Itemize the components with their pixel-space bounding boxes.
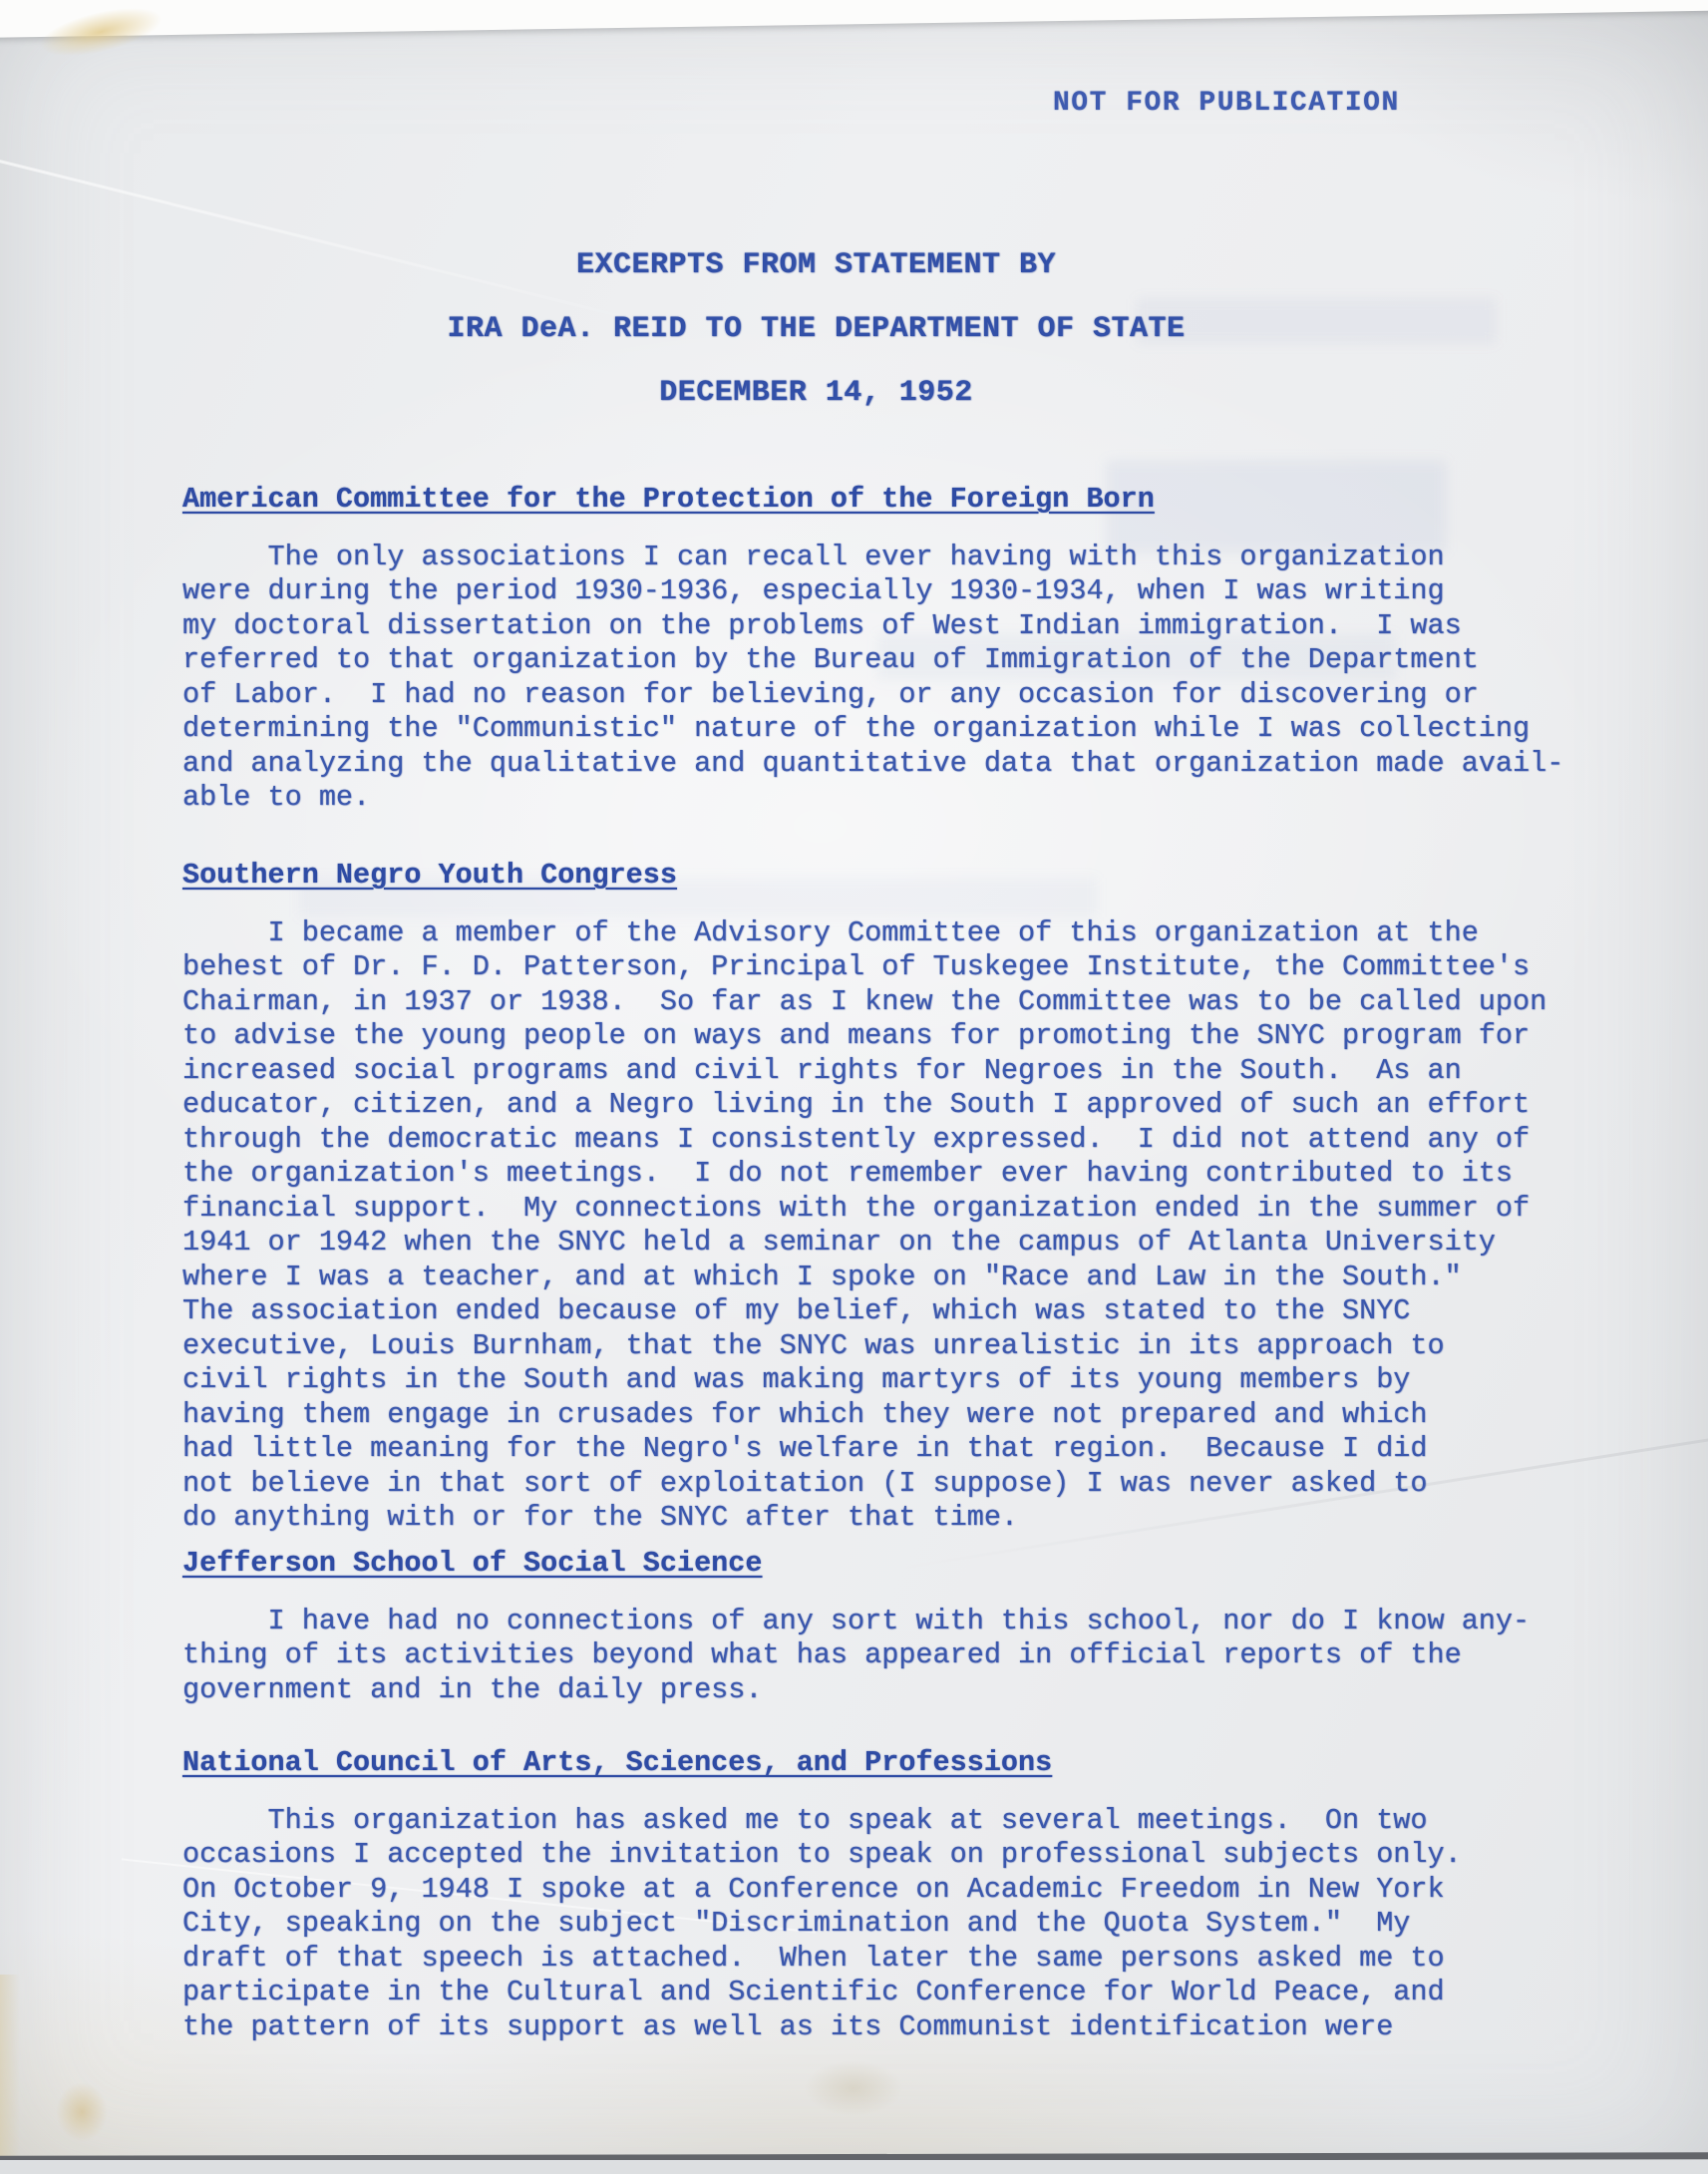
title-line: EXCERPTS FROM STATEMENT BY [0, 233, 1670, 297]
document-title: EXCERPTS FROM STATEMENT BY IRA DeA. REID… [0, 233, 1670, 425]
body-line: civil rights in the South and was making… [182, 1363, 1598, 1398]
body-line: do anything with or for the SNYC after t… [182, 1501, 1598, 1536]
body-line: and analyzing the qualitative and quanti… [182, 747, 1598, 782]
body-line: having them engage in crusades for which… [182, 1398, 1598, 1433]
stain [56, 2082, 108, 2142]
body-line: 1941 or 1942 when the SNYC held a semina… [182, 1226, 1598, 1261]
body-line: my doctoral dissertation on the problems… [182, 609, 1598, 644]
scan-background [0, 2160, 1708, 2174]
body-line: behest of Dr. F. D. Patterson, Principal… [182, 950, 1598, 985]
section: National Council of Arts, Sciences, and … [182, 1746, 1598, 2044]
body-line: referred to that organization by the Bur… [182, 643, 1598, 678]
body-line: I have had no connections of any sort wi… [182, 1605, 1598, 1639]
scan-top-edge [0, 0, 1708, 38]
body-line: City, speaking on the subject "Discrimin… [182, 1907, 1598, 1942]
body-line: participate in the Cultural and Scientif… [182, 1976, 1598, 2010]
section: American Committee for the Protection of… [182, 483, 1598, 816]
stain [0, 1975, 20, 2174]
body-line: On October 9, 1948 I spoke at a Conferen… [182, 1873, 1598, 1908]
body-line: This organization has asked me to speak … [182, 1804, 1598, 1839]
body-line: occasions I accepted the invitation to s… [182, 1838, 1598, 1873]
body-line: determining the "Communistic" nature of … [182, 712, 1598, 747]
body-line: able to me. [182, 781, 1598, 816]
body-line: of Labor. I had no reason for believing,… [182, 678, 1598, 713]
stain [804, 2060, 903, 2116]
section: Southern Negro Youth Congress I became a… [182, 859, 1598, 1536]
body-line: had little meaning for the Negro's welfa… [182, 1432, 1598, 1467]
body-line: where I was a teacher, and at which I sp… [182, 1261, 1598, 1295]
body-line: draft of that speech is attached. When l… [182, 1942, 1598, 1977]
body-line: thing of its activities beyond what has … [182, 1638, 1598, 1673]
body-line: I became a member of the Advisory Commit… [182, 916, 1598, 951]
title-line: DECEMBER 14, 1952 [0, 361, 1670, 425]
body-line: the organization's meetings. I do not re… [182, 1157, 1598, 1192]
body-line: The association ended because of my beli… [182, 1294, 1598, 1329]
body-line: through the democratic means I consisten… [182, 1123, 1598, 1158]
scanned-paper: NOT FOR PUBLICATION EXCERPTS FROM STATEM… [0, 0, 1708, 2174]
classification-stamp: NOT FOR PUBLICATION [1053, 88, 1400, 119]
section-heading: Jefferson School of Social Science [182, 1547, 1598, 1582]
section: Jefferson School of Social Science I hav… [182, 1547, 1598, 1707]
body-line: were during the period 1930-1936, especi… [182, 574, 1598, 609]
section-heading: American Committee for the Protection of… [182, 483, 1598, 518]
body-line: educator, citizen, and a Negro living in… [182, 1088, 1598, 1123]
section-heading: Southern Negro Youth Congress [182, 859, 1598, 894]
body-line: Chairman, in 1937 or 1938. So far as I k… [182, 985, 1598, 1020]
title-line: IRA DeA. REID TO THE DEPARTMENT OF STATE [0, 297, 1670, 361]
section-heading: National Council of Arts, Sciences, and … [182, 1746, 1598, 1781]
body-line: increased social programs and civil righ… [182, 1054, 1598, 1089]
body-line: to advise the young people on ways and m… [182, 1019, 1598, 1054]
body-line: not believe in that sort of exploitation… [182, 1467, 1598, 1502]
body-line: executive, Louis Burnham, that the SNYC … [182, 1329, 1598, 1364]
body-line: government and in the daily press. [182, 1673, 1598, 1708]
body-line: The only associations I can recall ever … [182, 541, 1598, 575]
body-line: financial support. My connections with t… [182, 1192, 1598, 1227]
body-line: the pattern of its support as well as it… [182, 2010, 1598, 2045]
